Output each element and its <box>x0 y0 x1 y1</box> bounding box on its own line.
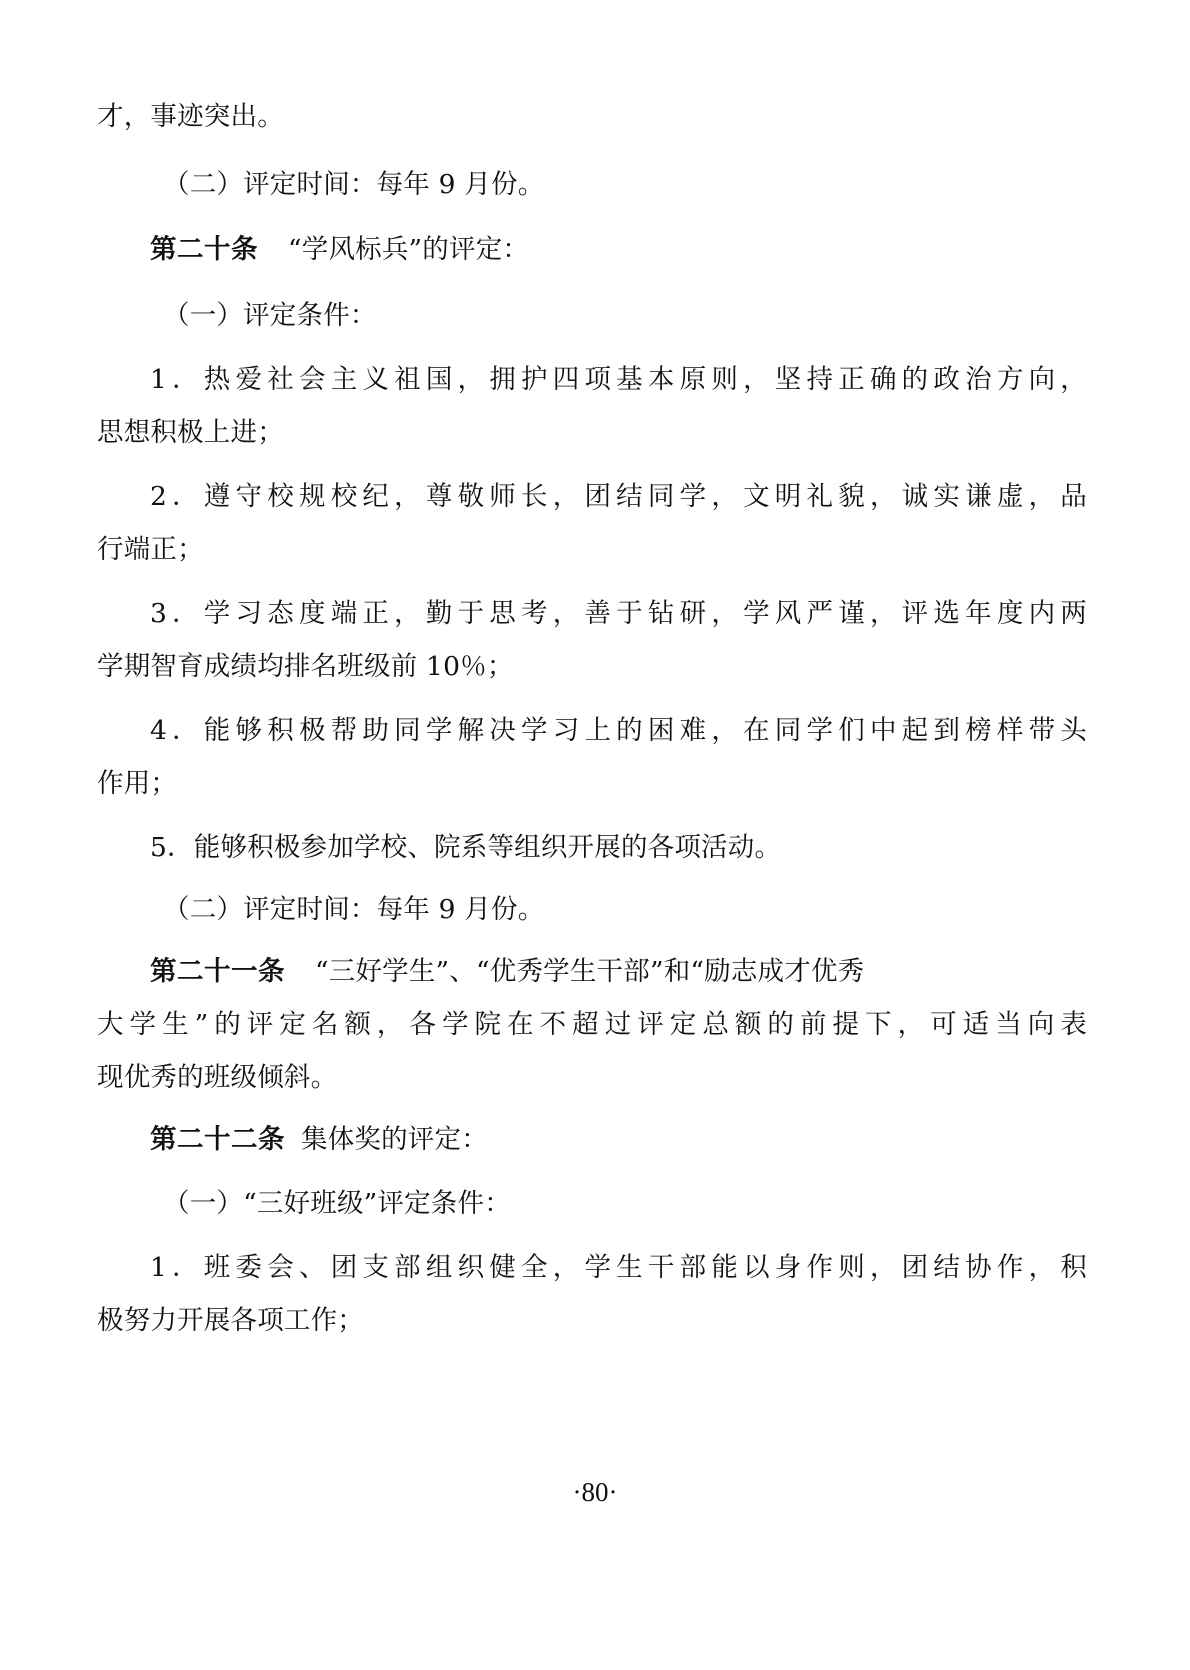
article-number: 第二十条 <box>150 234 258 265</box>
condition-3-line-2: 学期智育成绩均排名班级前 10％； <box>97 647 1087 687</box>
paragraph-text: 大学生”的评定名额，各学院在不超过评定总额的前提下，可适当向表 <box>97 1009 1087 1040</box>
article-title: 集体奖的评定： <box>301 1124 488 1155</box>
paragraph-text: （一）评定条件： <box>163 300 377 331</box>
class-condition-1-line-1: 1．班委会、团支部组织健全，学生干部能以身作则，团结协作，积 <box>150 1248 1087 1288</box>
article-number: 第二十一条 <box>150 956 285 987</box>
condition-1-line-1: 1．热爱社会主义祖国，拥护四项基本原则，坚持正确的政治方向， <box>150 360 1087 400</box>
condition-5: 5．能够积极参加学校、院系等组织开展的各项活动。 <box>150 828 1140 868</box>
paragraph-text: 极努力开展各项工作； <box>97 1305 364 1336</box>
conditions-heading: （一）评定条件： <box>163 296 1153 336</box>
paragraph-text: “三好学生”、“优秀学生干部”和“励志成才优秀 <box>315 956 864 987</box>
paragraph-text: 行端正； <box>97 534 204 565</box>
paragraph-text: 现优秀的班级倾斜。 <box>97 1062 337 1093</box>
paragraph-text: 1．班委会、团支部组织健全，学生干部能以身作则，团结协作，积 <box>150 1252 1087 1283</box>
article-number: 第二十二条 <box>150 1124 285 1155</box>
article-title: “学风标兵”的评定： <box>288 234 529 265</box>
paragraph-text: 作用； <box>97 768 177 799</box>
article-22-heading: 第二十二条集体奖的评定： <box>150 1120 1140 1160</box>
article-21-line-2: 大学生”的评定名额，各学院在不超过评定总额的前提下，可适当向表 <box>97 1005 1087 1045</box>
paragraph-text: 3．学习态度端正，勤于思考，善于钻研，学风严谨，评选年度内两 <box>150 598 1087 629</box>
paragraph-text: （二）评定时间：每年 9 月份。 <box>163 169 544 200</box>
condition-4-line-1: 4．能够积极帮助同学解决学习上的困难，在同学们中起到榜样带头 <box>150 711 1087 751</box>
class-condition-1-line-2: 极努力开展各项工作； <box>97 1301 1087 1341</box>
paragraph-text: （二）评定时间：每年 9 月份。 <box>163 894 544 925</box>
paragraph-text: 才，事迹突出。 <box>97 101 284 132</box>
article-21-line-1: 第二十一条“三好学生”、“优秀学生干部”和“励志成才优秀 <box>150 952 1087 992</box>
paragraph-text: 5．能够积极参加学校、院系等组织开展的各项活动。 <box>150 832 781 863</box>
paragraph-continuation: 才，事迹突出。 <box>97 97 1087 137</box>
condition-1-line-2: 思想积极上进； <box>97 413 1087 453</box>
class-conditions-heading: （一）“三好班级”评定条件： <box>163 1184 1153 1224</box>
paragraph-text: 2．遵守校规校纪，尊敬师长，团结同学，文明礼貌，诚实谦虚，品 <box>150 481 1087 512</box>
paragraph-text: （一）“三好班级”评定条件： <box>163 1188 511 1219</box>
condition-2-line-1: 2．遵守校规校纪，尊敬师长，团结同学，文明礼貌，诚实谦虚，品 <box>150 477 1087 517</box>
condition-2-line-2: 行端正； <box>97 530 1087 570</box>
paragraph-text: 1．热爱社会主义祖国，拥护四项基本原则，坚持正确的政治方向， <box>150 364 1087 395</box>
condition-3-line-1: 3．学习态度端正，勤于思考，善于钻研，学风严谨，评选年度内两 <box>150 594 1087 634</box>
evaluation-time-paragraph-2: （二）评定时间：每年 9 月份。 <box>163 890 1153 930</box>
document-page: 才，事迹突出。 （二）评定时间：每年 9 月份。 第二十条“学风标兵”的评定： … <box>0 0 1190 1670</box>
paragraph-text: 学期智育成绩均排名班级前 10％； <box>97 651 514 682</box>
page-number: ·80· <box>545 1472 645 1512</box>
paragraph-text: 思想积极上进； <box>97 417 284 448</box>
evaluation-time-paragraph: （二）评定时间：每年 9 月份。 <box>163 165 1153 205</box>
article-20-heading: 第二十条“学风标兵”的评定： <box>150 230 1140 270</box>
article-21-line-3: 现优秀的班级倾斜。 <box>97 1058 1087 1098</box>
paragraph-text: 4．能够积极帮助同学解决学习上的困难，在同学们中起到榜样带头 <box>150 715 1087 746</box>
condition-4-line-2: 作用； <box>97 764 1087 804</box>
